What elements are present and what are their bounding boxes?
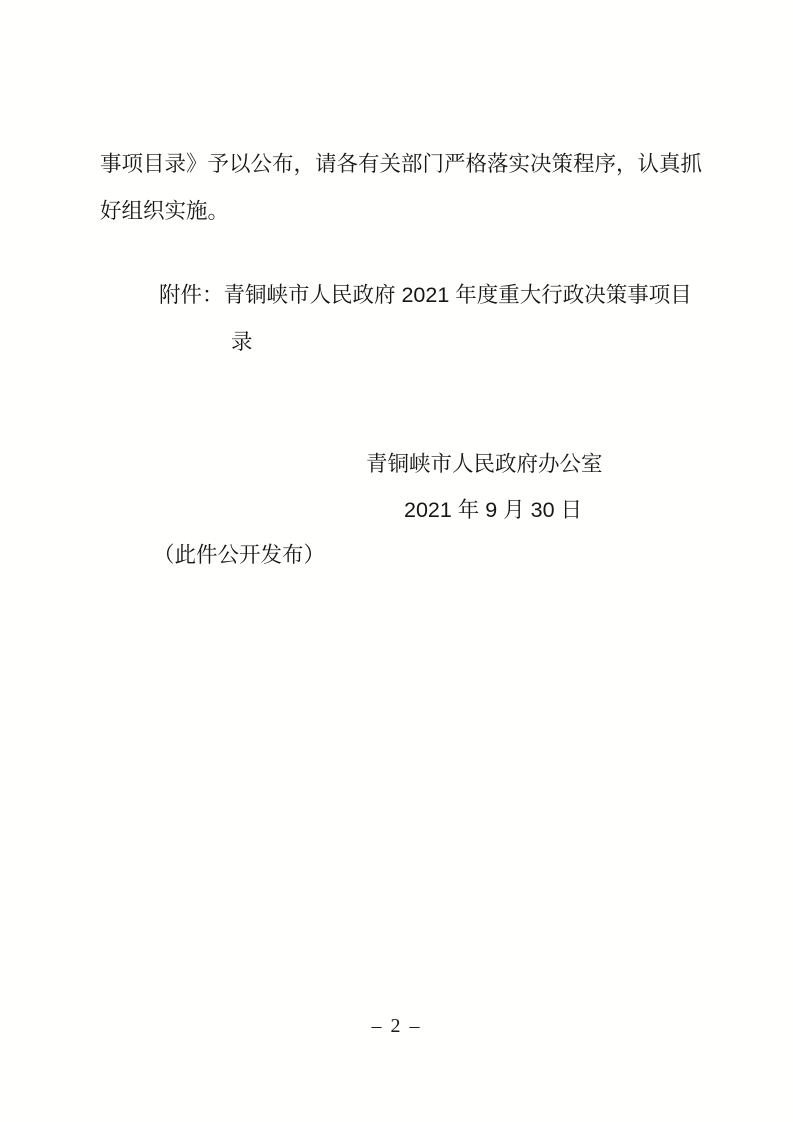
attachment-line-1: 附件：青铜峡市人民政府 2021 年度重大行政决策事项目 <box>159 272 692 319</box>
document-page: 事项目录》予以公布，请各有关部门严格落实决策程序，认真抓 好组织实施。 附件：青… <box>0 0 793 1122</box>
body-paragraph-line-1: 事项目录》予以公布，请各有关部门严格落实决策程序，认真抓 <box>100 141 702 188</box>
signature-organization: 青铜峡市人民政府办公室 <box>366 441 603 488</box>
page-number: – 2 – <box>0 1012 793 1040</box>
public-release-note: （此件公开发布） <box>153 532 325 579</box>
signature-date: 2021 年 9 月 30 日 <box>404 487 582 534</box>
attachment-reference: 附件：青铜峡市人民政府 2021 年度重大行政决策事项目 录 <box>159 272 692 366</box>
body-paragraph-line-2: 好组织实施。 <box>100 188 702 235</box>
body-paragraph: 事项目录》予以公布，请各有关部门严格落实决策程序，认真抓 好组织实施。 <box>100 141 702 235</box>
attachment-line-2: 录 <box>231 319 692 366</box>
